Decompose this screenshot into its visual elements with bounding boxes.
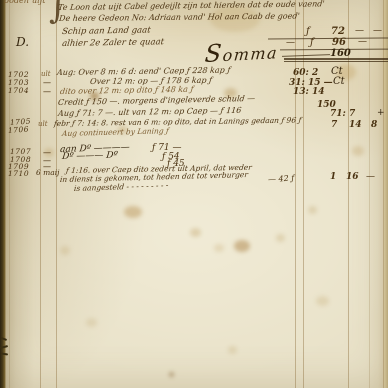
year-label: 1710 (8, 170, 29, 178)
amount-guilders: 72 (331, 27, 345, 37)
ledger-page: boden uijt ∫ Te Loon dat uijt Cabel gede… (0, 0, 388, 388)
entry-text: febr ƒ 7: 14: 8. rest van 6 m: op dito, … (54, 117, 302, 128)
somma-tail-stroke (282, 54, 330, 57)
stain (352, 146, 364, 156)
currency-flourish: Ct (333, 77, 345, 87)
stain (124, 206, 142, 218)
amount-stuivers: — (355, 27, 364, 36)
margin-note: ult (41, 71, 51, 78)
stain (190, 228, 201, 237)
dash: — (286, 39, 295, 48)
entry-text: dito over 12 m: op dito ƒ 148 ka ƒ (60, 86, 194, 96)
margin-note: 6 maij (36, 169, 59, 177)
entry-text: Aug continueert by Laning ƒ (62, 127, 170, 137)
florin-sign: ƒ (306, 27, 310, 37)
header-line-4: alhier 2e Zaler te quaat (62, 38, 165, 48)
year-label: 1706 (8, 126, 30, 135)
entry-amount-inline: — 42 ƒ (268, 175, 295, 184)
entry-amount-guilders: 7 (331, 121, 337, 130)
header-line-3: Schip aan Land gaat (62, 26, 151, 36)
stain (234, 240, 250, 252)
entry-amount-stuivers: 16 (346, 173, 359, 182)
entry-amount-penningen: 8 (371, 121, 377, 130)
book-binding-edge (0, 0, 6, 388)
amount-penningen: — (373, 27, 382, 36)
entry-amount: 60: 2 (293, 69, 318, 78)
entry-amount: 13: 14 (293, 88, 325, 97)
amount-guilders: 96 (332, 38, 346, 48)
top-fragment-left: boden (4, 0, 29, 5)
rule-line-text-col (56, 0, 57, 388)
entry-text: Dº ——— Dº (62, 152, 118, 162)
header-line-1: Te Loon dat uijt Cabel gedeijlt zijn tot… (58, 0, 325, 12)
entry-text: is aangesteld - - - - - - - - - (74, 182, 169, 193)
entry-amount-penningen: — (366, 173, 375, 182)
header-line-2: De heere Gedeon No: Adriaan vand' Hol aa… (59, 12, 301, 23)
stain (228, 346, 237, 354)
total-double-rule-top (284, 58, 388, 60)
rule-line-year-col (40, 0, 41, 388)
florin-sign: ƒ (310, 38, 314, 48)
amount-stuivers: — (358, 38, 367, 47)
stain (316, 296, 329, 306)
margin-note: ult (38, 121, 48, 128)
margin-note: — (43, 79, 51, 87)
year-label: 1704 (8, 87, 29, 95)
somma-label: Somma (204, 38, 279, 66)
total-double-rule-bottom (284, 61, 388, 62)
rule-line-margin-outer (9, 0, 10, 388)
entry-amount-guilders: 1 (330, 173, 336, 182)
stain (214, 244, 224, 252)
stain (308, 206, 317, 214)
stain (86, 318, 97, 327)
stain (276, 234, 285, 242)
margin-note: — (43, 88, 51, 96)
ditto-mark: D. (16, 36, 29, 48)
stain (169, 372, 174, 377)
entry-amount: 71: 7 (330, 110, 355, 119)
entry-amount-suffix: + (377, 109, 385, 118)
stain (60, 246, 70, 255)
entry-amount-stuivers: 14 (349, 121, 362, 130)
top-fragment-right: uijt (32, 0, 45, 5)
